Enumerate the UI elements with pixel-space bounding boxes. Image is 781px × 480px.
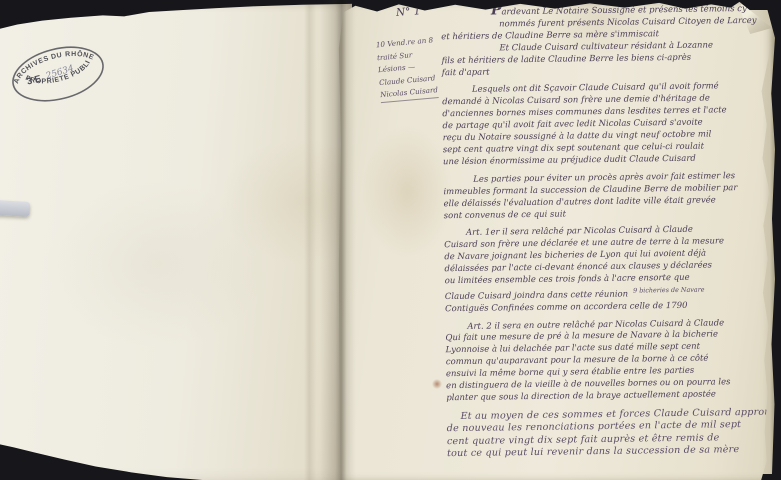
interline-insertion: 9 bicheries de Navare bbox=[633, 286, 705, 295]
folio-number: N° 1 bbox=[396, 5, 421, 19]
archive-stamp: ARCHIVES DU RHÔNE 3 E 25634 PROPRIETE PU… bbox=[0, 26, 122, 122]
bookmark-tab bbox=[0, 200, 30, 217]
scanned-manuscript: ARCHIVES DU RHÔNE 3 E 25634 PROPRIETE PU… bbox=[0, 0, 781, 480]
manuscript-text: Pardevant Le Notaire Soussigné et présen… bbox=[441, 3, 763, 461]
drop-capital: P bbox=[491, 2, 502, 18]
right-page: N° 1 10 Vend.re an 8traité SurLésions —C… bbox=[338, 0, 772, 480]
left-page: ARCHIVES DU RHÔNE 3 E 25634 PROPRIETE PU… bbox=[0, 0, 352, 480]
